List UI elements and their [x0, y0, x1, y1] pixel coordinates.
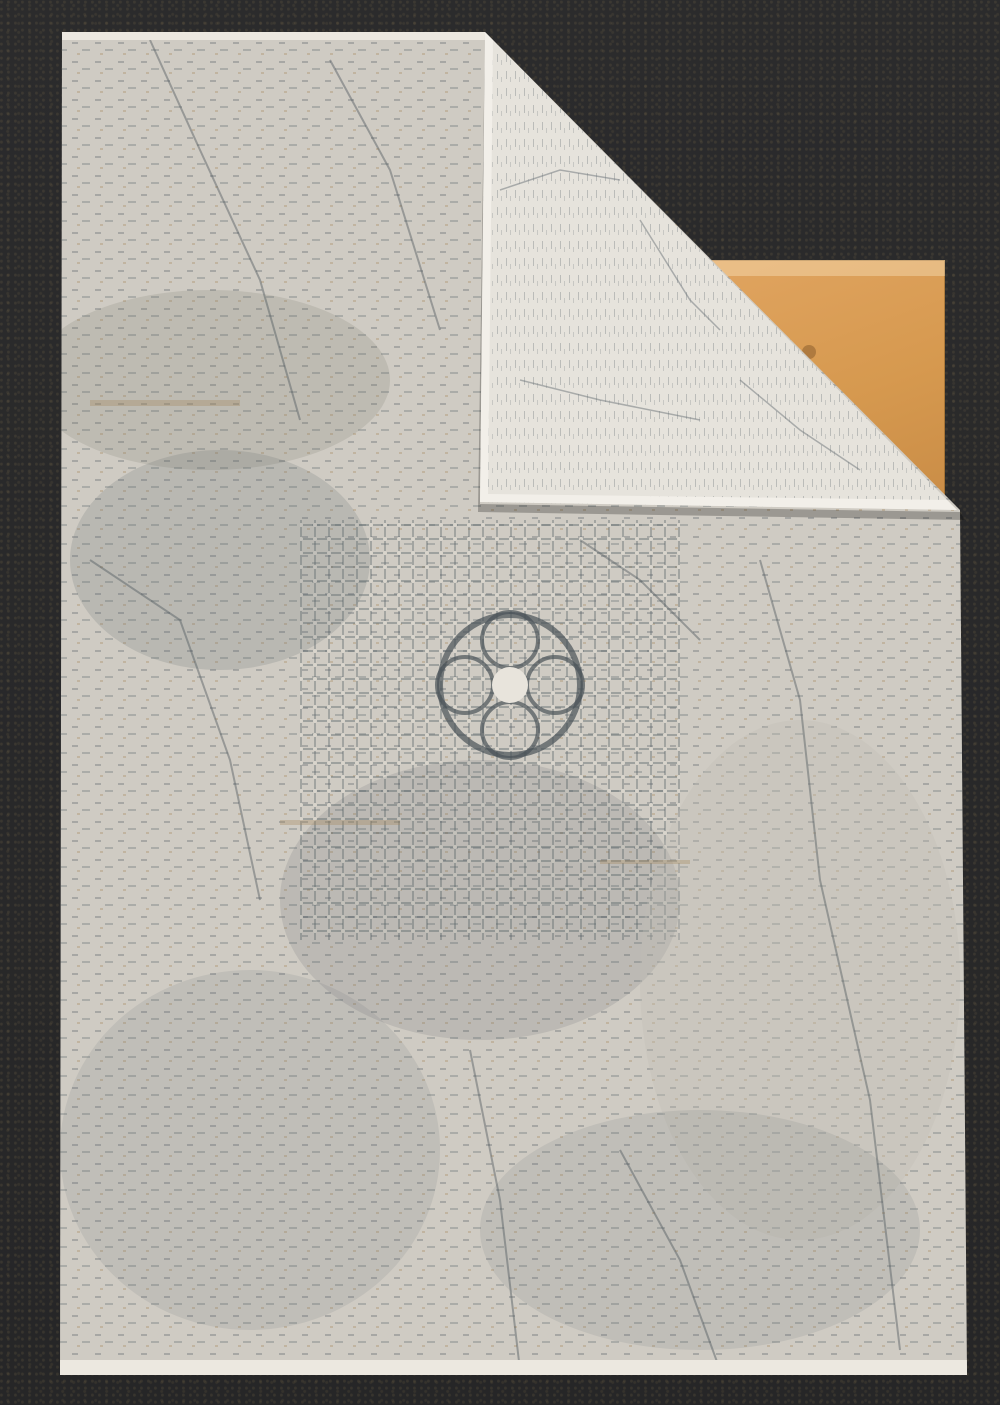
rug-folded-corner-back: [470, 28, 970, 518]
fringe-top: [60, 32, 485, 40]
fringe-bottom: [60, 1360, 967, 1375]
rug: [0, 0, 1000, 1405]
